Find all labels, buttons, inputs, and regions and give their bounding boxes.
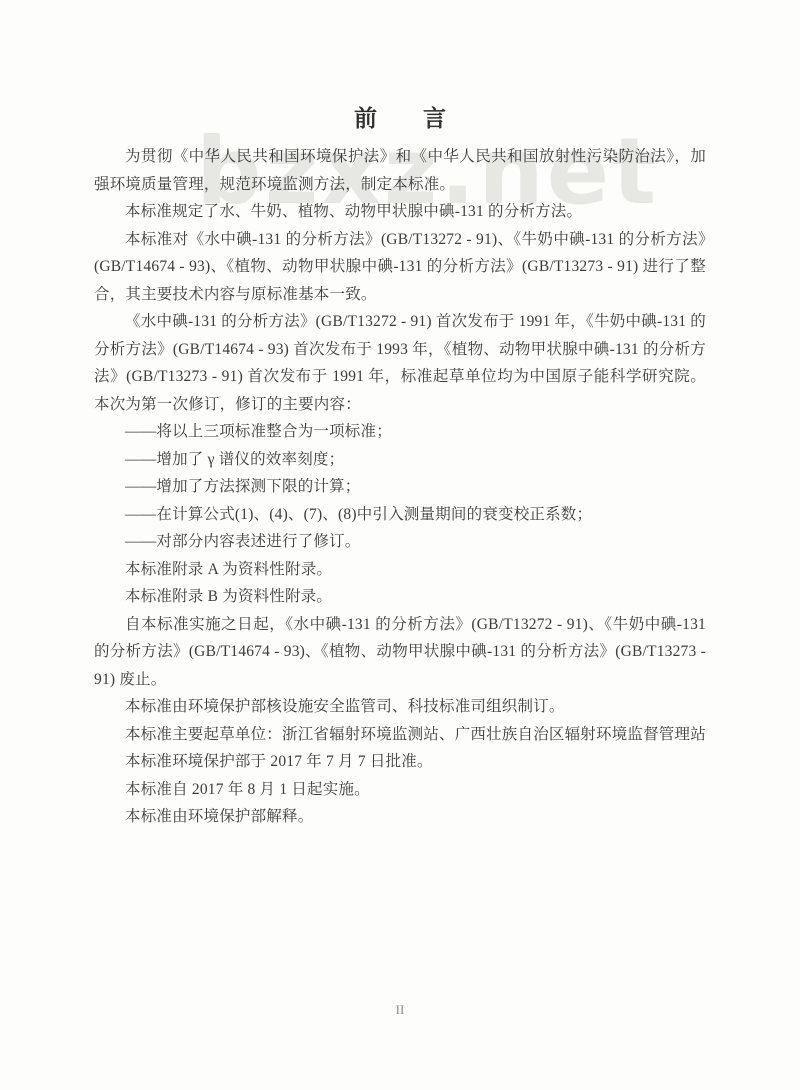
paragraph-approval-date: 本标准环境保护部于 2017 年 7 月 7 日批准。 [94, 748, 706, 776]
paragraph-annex-b: 本标准附录 B 为资料性附录。 [94, 583, 706, 611]
revision-item: ——将以上三项标准整合为一项标准； [94, 418, 706, 446]
paragraph-scope: 本标准规定了水、牛奶、植物、动物甲状腺中碘-131 的分析方法。 [94, 198, 706, 226]
revision-item: ——对部分内容表述进行了修订。 [94, 528, 706, 556]
paragraph-history: 《水中碘-131 的分析方法》(GB/T13272 - 91) 首次发布于 19… [94, 308, 706, 418]
revision-item: ——增加了方法探测下限的计算； [94, 473, 706, 501]
paragraph-supersede: 自本标准实施之日起，《水中碘-131 的分析方法》(GB/T13272 - 91… [94, 611, 706, 694]
paragraph-consolidation: 本标准对《水中碘-131 的分析方法》(GB/T13272 - 91)、《牛奶中… [94, 226, 706, 309]
revision-item: ——增加了 γ 谱仪的效率刻度； [94, 446, 706, 474]
paragraph-organizer: 本标准由环境保护部核设施安全监管司、科技标准司组织制订。 [94, 693, 706, 721]
paragraph-interpretation: 本标准由环境保护部解释。 [94, 803, 706, 831]
paragraph-effective-date: 本标准自 2017 年 8 月 1 日起实施。 [94, 776, 706, 804]
revision-item: ——在计算公式(1)、(4)、(7)、(8)中引入测量期间的衰变校正系数； [94, 501, 706, 529]
paragraph-drafting-units: 本标准主要起草单位：浙江省辐射环境监测站、广西壮族自治区辐射环境监督管理站 [94, 721, 706, 749]
page-number: II [0, 1002, 800, 1018]
paragraph-intro: 为贯彻《中华人民共和国环境保护法》和《中华人民共和国放射性污染防治法》，加强环境… [94, 143, 706, 198]
paragraph-annex-a: 本标准附录 A 为资料性附录。 [94, 556, 706, 584]
document-body: 为贯彻《中华人民共和国环境保护法》和《中华人民共和国放射性污染防治法》，加强环境… [94, 143, 706, 831]
document-page: bzxz.net 前 言 为贯彻《中华人民共和国环境保护法》和《中华人民共和国放… [0, 0, 800, 1090]
page-title: 前 言 [0, 100, 800, 133]
